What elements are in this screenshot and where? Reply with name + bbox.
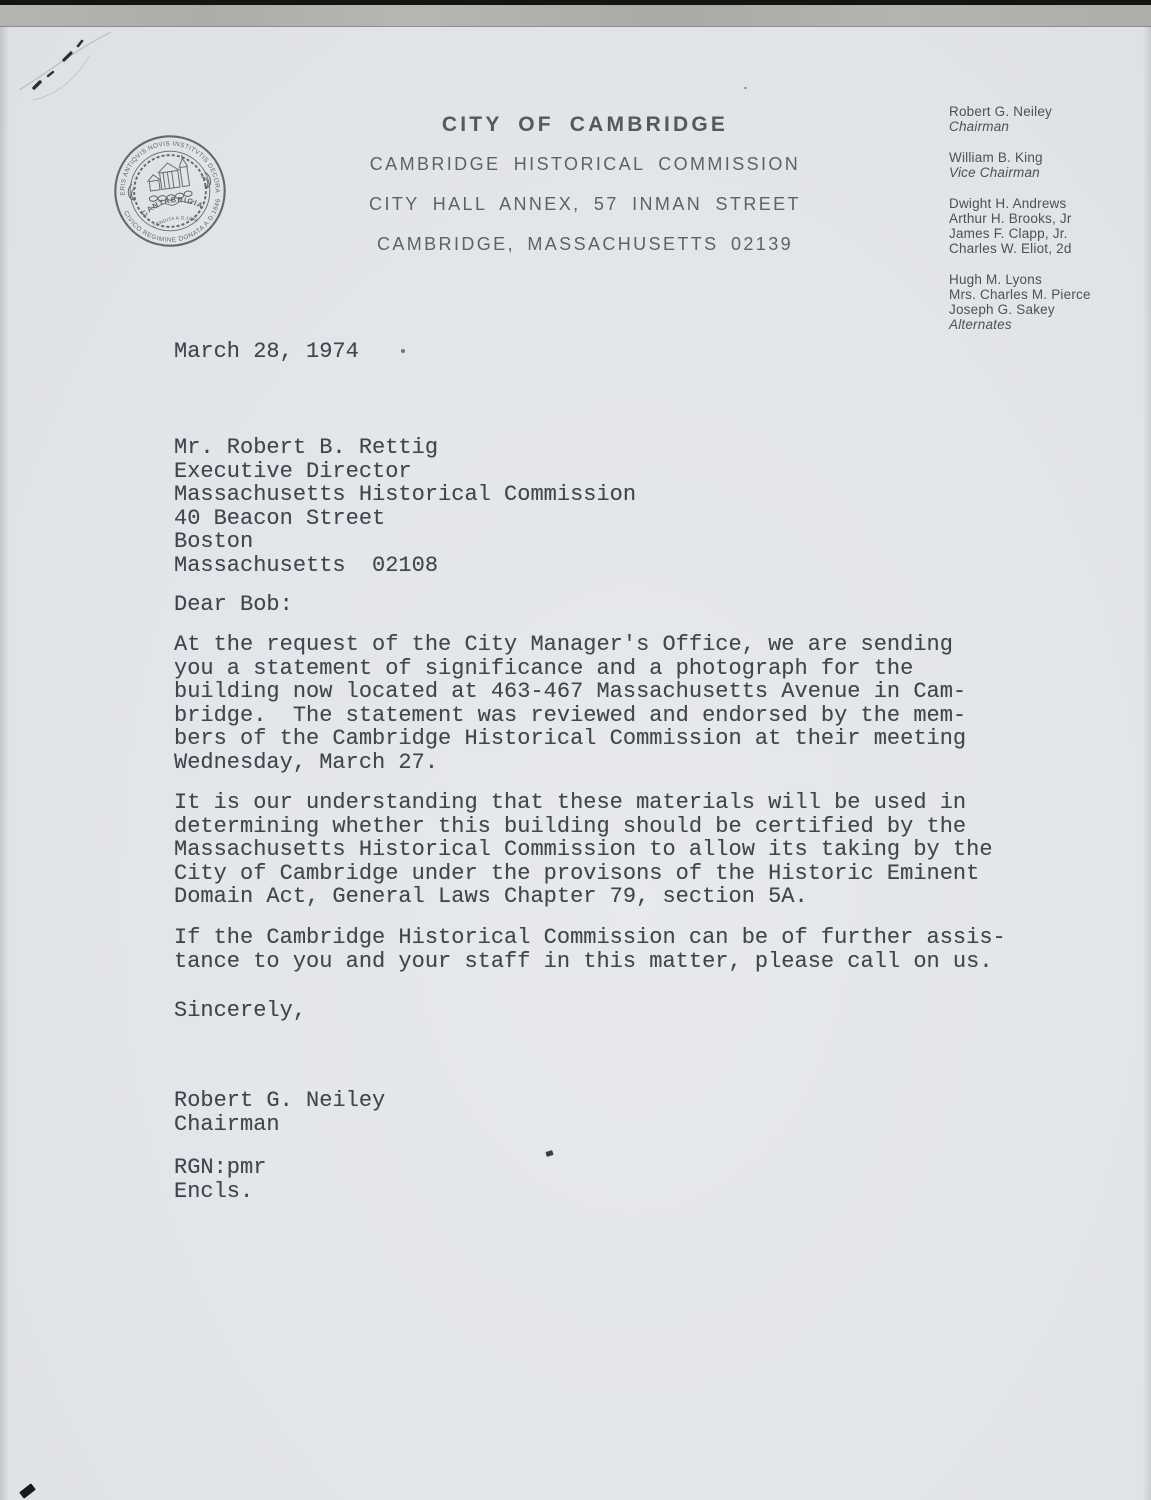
seal-ring-text-top: LITERIS ANTIQVIS NOVIS INSTITVTIS DECORA [91, 112, 221, 211]
member-name: Robert G. Neiley [949, 104, 1149, 119]
closing: Sincerely, [174, 999, 306, 1023]
member-group-members: Dwight H. Andrews Arthur H. Brooks, Jr J… [949, 196, 1149, 256]
member-role: Vice Chairman [949, 165, 1149, 180]
member-group-chairman: Robert G. Neiley Chairman [949, 104, 1149, 134]
tiny-speck [744, 87, 747, 89]
svg-text:CONDITA A.D.1630: CONDITA A.D.1630 [151, 212, 200, 230]
body-paragraph-2: It is our understanding that these mater… [174, 791, 993, 909]
recipient-address-block: Mr. Robert B. Rettig Executive Director … [174, 436, 636, 577]
org-department: CAMBRIDGE HISTORICAL COMMISSION [270, 154, 900, 175]
cambridge-city-seal-icon: LITERIS ANTIQVIS NOVIS INSTITVTIS DECORA… [91, 112, 249, 270]
commission-members-list: Robert G. Neiley Chairman William B. Kin… [949, 104, 1149, 348]
stray-dot [401, 349, 405, 353]
member-name: William B. King [949, 150, 1149, 165]
corner-scan-mark [19, 1483, 36, 1499]
ink-speck [545, 1150, 553, 1157]
member-group-vice-chairman: William B. King Vice Chairman [949, 150, 1149, 180]
svg-text:LITERIS ANTIQVIS NOVIS INSTITV: LITERIS ANTIQVIS NOVIS INSTITVTIS DECORA [91, 112, 221, 211]
body-paragraph-1: At the request of the City Manager's Off… [174, 633, 966, 774]
signature-block: Robert G. Neiley Chairman [174, 1089, 385, 1136]
seal-center-arc2-text: CONDITA A.D.1630 [151, 212, 200, 230]
date-line: March 28, 1974 [174, 340, 359, 364]
scan-left-shade [0, 26, 9, 1500]
org-name: CITY OF CAMBRIDGE [270, 113, 900, 137]
salutation: Dear Bob: [174, 593, 293, 617]
scan-gray-strip [0, 5, 1151, 27]
member-names: Hugh M. Lyons Mrs. Charles M. Pierce Jos… [949, 272, 1149, 317]
member-group-alternates: Hugh M. Lyons Mrs. Charles M. Pierce Jos… [949, 272, 1149, 332]
seal-buildings [144, 154, 190, 191]
body-paragraph-3: If the Cambridge Historical Commission c… [174, 926, 1006, 973]
org-street-address: CITY HALL ANNEX, 57 INMAN STREET [270, 194, 900, 215]
pencil-mark [15, 28, 130, 108]
scanned-letter-page: LITERIS ANTIQVIS NOVIS INSTITVTIS DECORA… [0, 0, 1151, 1500]
member-role: Alternates [949, 317, 1149, 332]
member-role: Chairman [949, 119, 1149, 134]
reference-block: RGN:pmr Encls. [174, 1156, 266, 1203]
org-city-state-zip: CAMBRIDGE, MASSACHUSETTS 02139 [270, 234, 900, 255]
member-names: Dwight H. Andrews Arthur H. Brooks, Jr J… [949, 196, 1149, 256]
